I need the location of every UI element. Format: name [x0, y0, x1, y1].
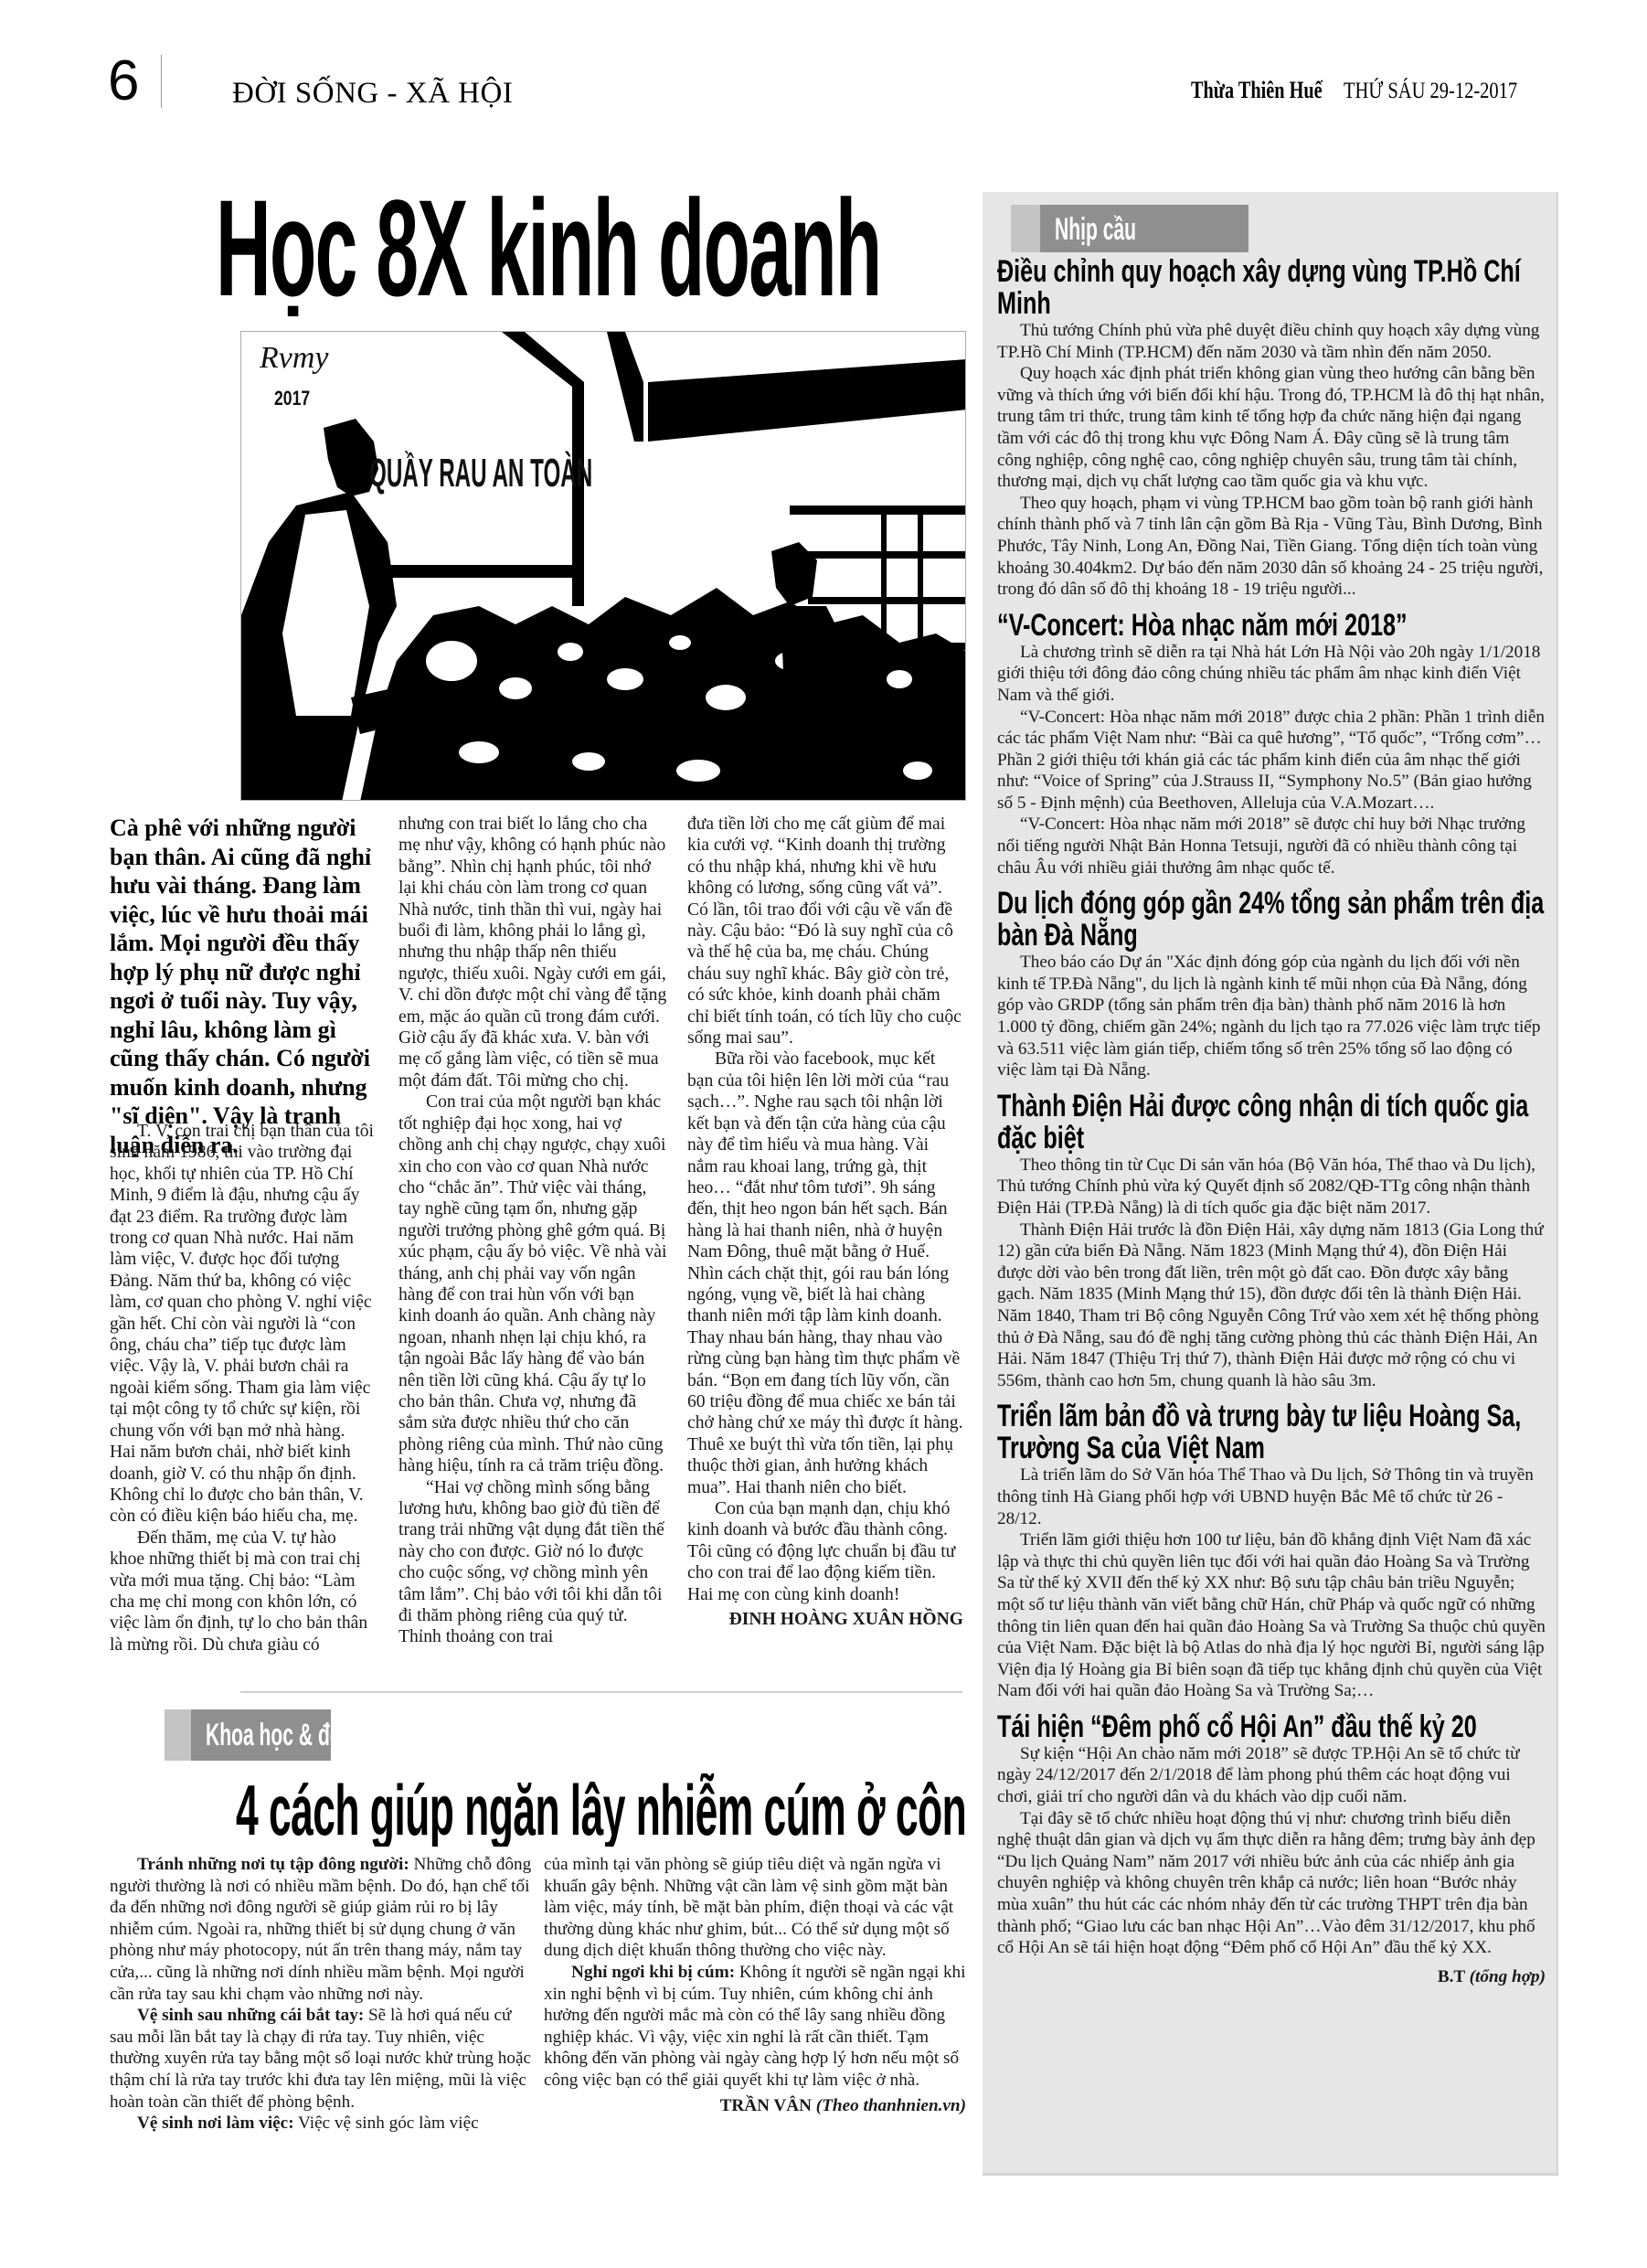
- story-paragraph: “V-Concert: Hòa nhạc năm mới 2018” được …: [997, 707, 1546, 815]
- section-title: ĐỜI SỐNG - XÃ HỘI: [232, 77, 513, 111]
- story-paragraph: Theo thông tin từ Cục Di sản văn hóa (Bộ…: [997, 1155, 1546, 1219]
- main-headline-text: Học 8X kinh doanh: [216, 179, 881, 316]
- author-byline: ĐINH HOÀNG XUÂN HỒNG: [687, 1609, 963, 1630]
- vegetable-stall-drawing-icon: [241, 332, 966, 801]
- science-column-1: Tránh những nơi tụ tập đông người: Những…: [110, 1854, 532, 2135]
- paragraph: Con trai của một người bạn khác tốt nghi…: [398, 1091, 669, 1476]
- story-paragraph: Quy hoạch xác định phát triển không gian…: [997, 363, 1546, 493]
- article-lede: Cà phê với những người bạn thân. Ai cũng…: [110, 814, 384, 1159]
- byline-name: TRẦN VÂN: [720, 2096, 812, 2115]
- story-headline: Triển lãm bản đồ và trưng bày tư liệu Ho…: [997, 1400, 1545, 1464]
- story-paragraph: “V-Concert: Hòa nhạc năm mới 2018” sẽ đư…: [997, 814, 1546, 878]
- article-column-2: nhưng con trai biết lo lắng cho cha mẹ n…: [398, 814, 669, 1648]
- section-tag-science: Khoa học & đời sống: [165, 1709, 331, 1761]
- paragraph: Đến thăm, mẹ của V. tự hào khoe những th…: [110, 1528, 375, 1656]
- paragraph: Con của bạn mạnh dạn, chịu khó kinh doan…: [687, 1498, 963, 1605]
- paragraph-lead: Tránh những nơi tụ tập đông người:: [137, 1855, 409, 1874]
- article-column-3: đưa tiền lời cho mẹ cất giùm để mai kia …: [687, 814, 963, 1630]
- paragraph: Nghỉ ngơi khi bị cúm: Không ít người sẽ …: [544, 1962, 966, 2092]
- science-column-2: của mình tại văn phòng sẽ giúp tiêu diệt…: [544, 1854, 966, 2116]
- tag-stub: [165, 1709, 191, 1761]
- author-byline: TRẦN VÂN (Theo thanhnien.vn): [544, 2095, 966, 2117]
- paragraph: Vệ sinh nơi làm việc: Việc vệ sinh góc l…: [110, 2113, 532, 2135]
- credit-name: B.T: [1438, 1967, 1465, 1986]
- story-paragraph: Theo báo cáo Dự án "Xác định đóng góp củ…: [997, 952, 1546, 1081]
- section-tag-label: Nhịp cầu: [1055, 212, 1136, 248]
- credit-note: (tổng hợp): [1470, 1967, 1546, 1986]
- story-paragraph: Là triển lãm do Sở Văn hóa Thể Thao và D…: [997, 1464, 1546, 1529]
- sidebar-credit: B.T (tổng hợp): [997, 1966, 1546, 1988]
- page-number: 6: [108, 53, 139, 110]
- header-divider: [161, 55, 162, 108]
- paragraph-lead: Vệ sinh sau những cái bắt tay:: [137, 2006, 364, 2025]
- section-tag-nhip-cau: Nhịp cầu: [1011, 205, 1249, 252]
- tag-stub: [1011, 205, 1040, 252]
- story-paragraph: Tại đây sẽ tổ chức nhiều hoạt động thú v…: [997, 1808, 1546, 1959]
- paragraph: T. V, con trai chị bạn thân của tôi sinh…: [110, 1121, 375, 1528]
- story-paragraph: Thủ tướng Chính phủ vừa phê duyệt điều c…: [997, 320, 1546, 363]
- section-divider: [240, 1691, 962, 1693]
- story-headline: Du lịch đóng góp gần 24% tổng sản phẩm t…: [997, 888, 1545, 952]
- cartoon-illustration: Rvmy 2017 QUẦY RAU AN TOÀN: [240, 331, 966, 801]
- science-headline: 4 cách giúp ngăn lây nhiễm cúm ở công sở: [236, 1773, 967, 1847]
- main-headline: Học 8X kinh doanh: [216, 179, 965, 316]
- paragraph-text: Việc vệ sinh góc làm việc: [294, 2114, 479, 2133]
- article-column-1: T. V, con trai chị bạn thân của tôi sinh…: [110, 1121, 375, 1656]
- story-paragraph: Triển lãm giới thiệu hơn 100 tư liệu, bả…: [997, 1529, 1546, 1702]
- paragraph: đưa tiền lời cho mẹ cất giùm để mai kia …: [687, 814, 963, 1049]
- story-headline: Tái hiện “Đêm phố cổ Hội An” đầu thế kỷ …: [997, 1711, 1545, 1743]
- paragraph-text: Những chỗ đông người thường là nơi có nh…: [110, 1855, 531, 2004]
- paragraph: “Hai vợ chồng mình sống bằng lương hưu, …: [398, 1477, 669, 1648]
- paragraph-lead: Nghỉ ngơi khi bị cúm:: [571, 1963, 735, 1982]
- sidebar-stories: Điều chỉnh quy hoạch xây dựng vùng TP.Hồ…: [997, 256, 1546, 1987]
- illustration-year: 2017: [274, 387, 310, 410]
- stall-sign-text: QUẦY RAU AN TOÀN: [369, 451, 592, 496]
- story-paragraph: Thành Điện Hải trước là đồn Điện Hải, xâ…: [997, 1219, 1546, 1392]
- story-headline: “V-Concert: Hòa nhạc năm mới 2018”: [997, 610, 1545, 642]
- story-paragraph: Sự kiện “Hội An chào năm mới 2018” sẽ đư…: [997, 1743, 1546, 1808]
- paragraph-lead: Vệ sinh nơi làm việc:: [137, 2114, 294, 2133]
- paragraph: Tránh những nơi tụ tập đông người: Những…: [110, 1854, 532, 2005]
- paragraph: nhưng con trai biết lo lắng cho cha mẹ n…: [398, 814, 669, 1091]
- paragraph: của mình tại văn phòng sẽ giúp tiêu diệt…: [544, 1854, 966, 1962]
- news-briefs-sidebar: Nhịp cầu Điều chỉnh quy hoạch xây dựng v…: [983, 192, 1558, 2176]
- artist-signature: Rvmy: [260, 341, 329, 376]
- story-paragraph: Theo quy hoạch, phạm vi vùng TP.HCM bao …: [997, 493, 1546, 601]
- science-headline-text: 4 cách giúp ngăn lây nhiễm cúm ở công sở: [236, 1773, 967, 1847]
- paragraph: Vệ sinh sau những cái bắt tay: Sẽ là hơi…: [110, 2005, 532, 2113]
- paragraph: Bữa rồi vào facebook, mục kết bạn của tô…: [687, 1049, 963, 1498]
- story-headline: Điều chỉnh quy hoạch xây dựng vùng TP.Hồ…: [997, 256, 1545, 320]
- story-headline: Thành Điện Hải được công nhận di tích qu…: [997, 1091, 1545, 1155]
- byline-source: (Theo thanhnien.vn): [816, 2096, 966, 2115]
- paragraph-text: của mình tại văn phòng sẽ giúp tiêu diệt…: [544, 1855, 953, 1960]
- newspaper-masthead: Thừa Thiên Huế: [1191, 77, 1323, 104]
- issue-date: THỨ SÁU 29-12-2017: [1344, 79, 1517, 104]
- story-paragraph: Là chương trình sẽ diễn ra tại Nhà hát L…: [997, 642, 1546, 707]
- section-tag-label: Khoa học & đời sống: [206, 1718, 400, 1753]
